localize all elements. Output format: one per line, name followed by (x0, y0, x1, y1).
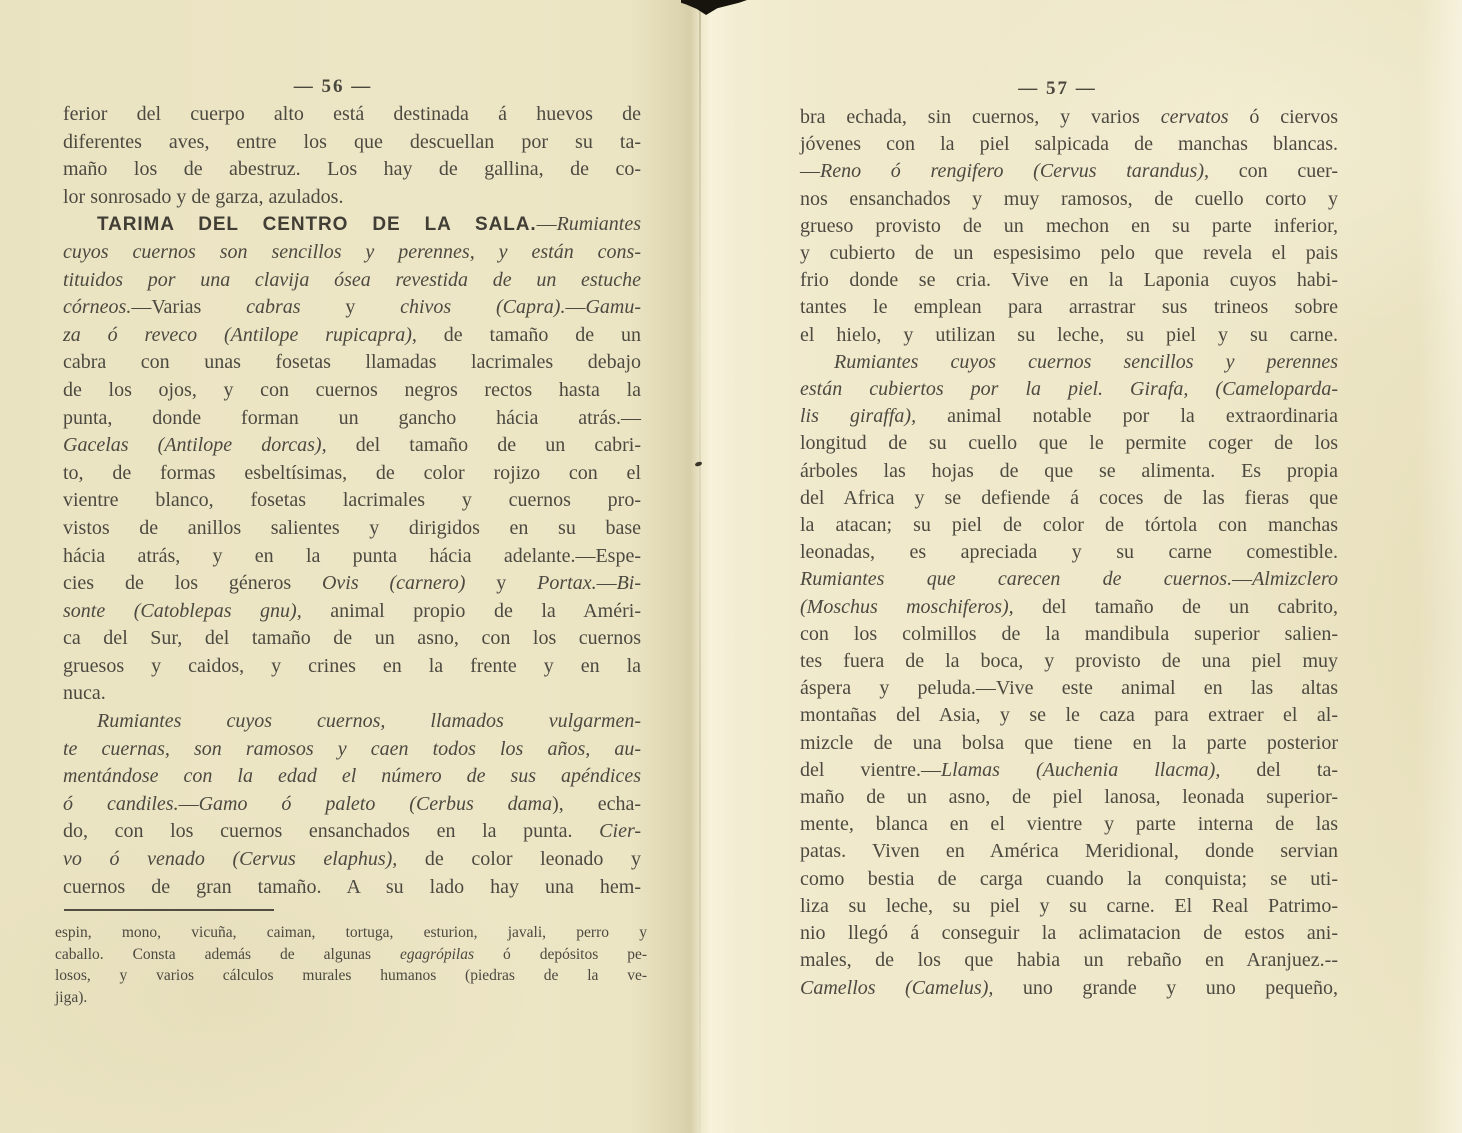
text-segment: gruesos y caidos, y crines en la frente … (63, 655, 641, 677)
text-segment: hácia atrás, y en la punta hácia adelant… (63, 545, 641, 567)
text-line: patas. Viven en América Meridional, dond… (800, 838, 1338, 865)
text-line: Rumiantes cuyos cuernos sencillos y pere… (800, 349, 1338, 376)
text-line: Camellos (Camelus), uno grande y uno peq… (800, 975, 1338, 1002)
text-segment: áspera y peluda.—Vive este animal en las… (800, 677, 1338, 699)
text-line: jóvenes con la piel salpicada de manchas… (800, 131, 1338, 158)
text-line: córneos.—Varias cabras y chivos (Capra).… (63, 294, 641, 322)
text-line: frio donde se cria. Vive en la Laponia c… (800, 267, 1338, 294)
text-line: vistos de anillos salientes y dirigidos … (63, 515, 641, 543)
text-segment: Rumiantes (557, 213, 641, 235)
text-segment: cabras (246, 296, 300, 318)
text-line: lor sonrosado y de garza, azulados. (63, 184, 641, 212)
text-segment: cuyos cuernos son sencillos y perennes, … (63, 241, 641, 263)
text-line: tes fuera de la boca, y provisto de una … (800, 648, 1338, 675)
text-line: el hielo, y utilizan su leche, su piel y… (800, 322, 1338, 349)
text-segment: como bestia de carga cuando la conquista… (800, 868, 1338, 890)
text-segment: de tamaño de un (417, 324, 641, 346)
text-segment: nio llegó á conseguir la aclimatacion de… (800, 922, 1338, 944)
text-line: árboles las hojas de que se alimenta. Es… (800, 458, 1338, 485)
text-line: ca del Sur, del tamaño de un asno, con l… (63, 625, 641, 653)
text-segment: tituidos por una clavija ósea revestida … (63, 269, 641, 291)
text-line: vientre blanco, fosetas lacrimales y cue… (63, 487, 641, 515)
text-line: tantes le emplean para arrastrar sus tri… (800, 294, 1338, 321)
text-segment: ferior del cuerpo alto está destinada á … (63, 103, 641, 125)
text-segment: del vientre.— (800, 759, 941, 781)
text-line: bra echada, sin cuernos, y varios cervat… (800, 104, 1338, 131)
page-number-right: — 57 — (800, 78, 1315, 100)
text-line: cies de los géneros Ovis (carnero) y Por… (63, 570, 641, 598)
text-line: jiga). (55, 987, 647, 1009)
text-segment: — (1232, 568, 1252, 590)
text-line: hácia atrás, y en la punta hácia adelant… (63, 543, 641, 571)
text-line: Gacelas (Antilope dorcas), del tamaño de… (63, 432, 641, 460)
text-segment: animal propio de la Améri- (302, 600, 641, 622)
text-segment: tes fuera de la boca, y provisto de una … (800, 650, 1338, 672)
text-segment: nos ensanchados y muy ramosos, de cuello… (800, 188, 1338, 210)
text-segment: TARIMA DEL CENTRO DE LA SALA. (97, 214, 537, 235)
text-line: liza su leche, su piel y su carne. El Re… (800, 893, 1338, 920)
text-segment: mizcle de una bolsa que tiene en la part… (800, 732, 1338, 754)
text-line: mente, blanca en el vientre y parte inte… (800, 811, 1338, 838)
text-segment: con los colmillos de la mandibula superi… (800, 623, 1338, 645)
text-line: cuyos cuernos son sencillos y perennes, … (63, 239, 641, 267)
text-segment: Cier- (599, 820, 641, 842)
left-page-text: ferior del cuerpo alto está destinada á … (63, 101, 641, 901)
text-segment: montañas del Asia, y se le caza para ext… (800, 704, 1338, 726)
text-line: Rumiantes que carecen de cuernos.—Almizc… (800, 566, 1338, 593)
text-line: vo ó venado (Cervus elaphus), de color l… (63, 846, 641, 874)
footnote-text: espin, mono, vicuña, caiman, tortuga, es… (55, 922, 647, 1008)
text-segment: Portax. (537, 572, 596, 594)
text-line: maño de un asno, de piel lanosa, leonada… (800, 784, 1338, 811)
text-line: del vientre.—Llamas (Auchenia llacma), d… (800, 757, 1338, 784)
text-line: sonte (Catoblepas gnu), animal propio de… (63, 598, 641, 626)
text-segment: ca del Sur, del tamaño de un asno, con l… (63, 627, 641, 649)
text-segment: to, de formas esbeltísimas, de color roj… (63, 462, 641, 484)
text-line: y cubierto de un espesisimo pelo que rev… (800, 240, 1338, 267)
text-segment: Gacelas (Antilope dorcas), (63, 434, 327, 456)
text-segment: Gamu- (585, 296, 641, 318)
text-segment: do, con los cuernos ensanchados en la pu… (63, 820, 599, 842)
text-segment: vistos de anillos salientes y dirigidos … (63, 517, 641, 539)
text-line: espin, mono, vicuña, caiman, tortuga, es… (55, 922, 647, 944)
left-page: — 56 — ferior del cuerpo alto está desti… (0, 0, 700, 1133)
text-segment: grueso provisto de un mechon en su parte… (800, 215, 1338, 237)
text-line: nio llegó á conseguir la aclimatacion de… (800, 920, 1338, 947)
text-line: —Reno ó rengifero (Cervus tarandus), con… (800, 158, 1338, 185)
text-segment: mente, blanca en el vientre y parte inte… (800, 813, 1338, 835)
text-segment: cuernos de gran tamaño. A su lado hay un… (63, 876, 641, 898)
text-line: diferentes aves, entre los que descuella… (63, 129, 641, 157)
text-segment: Almizclero (1252, 568, 1338, 590)
text-segment: lis giraffa), (800, 405, 916, 427)
text-segment: el hielo, y utilizan su leche, su piel y… (800, 324, 1338, 346)
text-segment: longitud de su cuello que le permite cog… (800, 432, 1338, 454)
text-line: cabra con unas fosetas llamadas lacrimal… (63, 349, 641, 377)
text-segment: del ta- (1220, 759, 1338, 781)
text-line: nuca. (63, 680, 641, 708)
text-segment: — (565, 296, 585, 318)
text-segment: frio donde se cria. Vive en la Laponia c… (800, 269, 1338, 291)
text-line: longitud de su cuello que le permite cog… (800, 430, 1338, 457)
text-line: caballo. Consta además de algunas egagró… (55, 944, 647, 966)
text-segment: za ó reveco (Antilope rupicapra), (63, 324, 417, 346)
text-segment: Camellos (Camelus), (800, 977, 993, 999)
page-number-left: — 56 — (63, 76, 603, 98)
text-line: Rumiantes cuyos cuernos, llamados vulgar… (63, 708, 641, 736)
text-segment: espin, mono, vicuña, caiman, tortuga, es… (55, 924, 647, 941)
text-segment: cabra con unas fosetas llamadas lacrimal… (63, 351, 641, 373)
text-line: te cuernas, son ramosos y caen todos los… (63, 736, 641, 764)
text-segment: de color leonado y (397, 848, 641, 870)
text-segment: lor sonrosado y de garza, azulados. (63, 186, 343, 208)
text-segment: ), echa- (552, 793, 641, 815)
text-segment: cies de los géneros (63, 572, 322, 594)
text-segment: — (597, 572, 617, 594)
text-line: nos ensanchados y muy ramosos, de cuello… (800, 186, 1338, 213)
text-line: ferior del cuerpo alto está destinada á … (63, 101, 641, 129)
text-segment: córneos. (63, 296, 131, 318)
text-segment: Rumiantes cuyos cuernos sencillos y pere… (834, 351, 1338, 373)
text-segment: — (537, 213, 557, 235)
text-segment: de los ojos, y con cuernos negros rectos… (63, 379, 641, 401)
text-segment: chivos (Capra). (400, 296, 565, 318)
text-line: punta, donde forman un gancho hácia atrá… (63, 405, 641, 433)
text-segment: cervatos (1161, 106, 1229, 128)
text-line: están cubiertos por la piel. Girafa, (Ca… (800, 376, 1338, 403)
text-segment: egagrópilas (400, 946, 474, 963)
text-line: mentándose con la edad el número de sus … (63, 763, 641, 791)
text-segment: maño los de abestruz. Los hay de gallina… (63, 158, 641, 180)
text-line: de los ojos, y con cuernos negros rectos… (63, 377, 641, 405)
text-segment: maño de un asno, de piel lanosa, leonada… (800, 786, 1338, 808)
footnote-rule (64, 909, 274, 911)
text-segment: punta, donde forman un gancho hácia atrá… (63, 407, 641, 429)
text-segment: (Moschus moschiferos), (800, 596, 1014, 618)
text-segment: árboles las hojas de que se alimenta. Es… (800, 460, 1338, 482)
text-segment: jóvenes con la piel salpicada de manchas… (800, 133, 1338, 155)
text-segment: Gamo ó paleto (Cerbus dama (199, 793, 553, 815)
text-line: leonadas, es apreciada y su carne comest… (800, 539, 1338, 566)
text-line: (Moschus moschiferos), del tamaño de un … (800, 594, 1338, 621)
text-segment: del tamaño de un cabrito, (1014, 596, 1338, 618)
text-line: maño los de abestruz. Los hay de gallina… (63, 156, 641, 184)
text-segment: Reno ó rengifero (Cervus tarandus), (820, 160, 1209, 182)
text-segment: con cuer- (1209, 160, 1338, 182)
text-segment: jiga). (55, 989, 87, 1006)
text-segment: bra echada, sin cuernos, y varios (800, 106, 1161, 128)
text-segment: liza su leche, su piel y su carne. El Re… (800, 895, 1338, 917)
text-line: do, con los cuernos ensanchados en la pu… (63, 818, 641, 846)
text-segment: — (179, 793, 199, 815)
text-line: cuernos de gran tamaño. A su lado hay un… (63, 874, 641, 902)
text-segment: sonte (Catoblepas gnu), (63, 600, 302, 622)
text-segment: y (465, 572, 537, 594)
text-line: ó candiles.—Gamo ó paleto (Cerbus dama),… (63, 791, 641, 819)
text-segment: y cubierto de un espesisimo pelo que rev… (800, 242, 1338, 264)
text-line: áspera y peluda.—Vive este animal en las… (800, 675, 1338, 702)
text-segment: ó candiles. (63, 793, 179, 815)
text-segment: y (301, 296, 401, 318)
text-segment: mentándose con la edad el número de sus … (63, 765, 641, 787)
text-line: del Africa y se defiende á coces de las … (800, 485, 1338, 512)
text-segment: tantes le emplean para arrastrar sus tri… (800, 296, 1338, 318)
text-segment: leonadas, es apreciada y su carne comest… (800, 541, 1338, 563)
text-segment: animal notable por la extraordinaria (916, 405, 1338, 427)
text-line: gruesos y caidos, y crines en la frente … (63, 653, 641, 681)
text-segment: del tamaño de un cabri- (327, 434, 641, 456)
text-segment: males, de los que habia un rebaño en Ara… (800, 949, 1338, 971)
text-line: tituidos por una clavija ósea revestida … (63, 267, 641, 295)
text-segment: uno grande y uno pequeño, (993, 977, 1338, 999)
text-line: grueso provisto de un mechon en su parte… (800, 213, 1338, 240)
text-segment: Bi- (617, 572, 641, 594)
text-segment: caballo. Consta además de algunas (55, 946, 400, 963)
text-line: montañas del Asia, y se le caza para ext… (800, 702, 1338, 729)
text-line: con los colmillos de la mandibula superi… (800, 621, 1338, 648)
text-segment: — (800, 160, 820, 182)
text-segment: están cubiertos por la piel. Girafa, (Ca… (800, 378, 1338, 400)
text-segment: Ovis (carnero) (322, 572, 465, 594)
text-segment: vo ó venado (Cervus elaphus), (63, 848, 397, 870)
text-line: lis giraffa), animal notable por la extr… (800, 403, 1338, 430)
text-segment: patas. Viven en América Meridional, dond… (800, 840, 1338, 862)
right-page-text: bra echada, sin cuernos, y varios cervat… (800, 104, 1338, 1002)
text-line: mizcle de una bolsa que tiene en la part… (800, 730, 1338, 757)
text-segment: diferentes aves, entre los que descuella… (63, 131, 641, 153)
text-line: za ó reveco (Antilope rupicapra), de tam… (63, 322, 641, 350)
text-line: TARIMA DEL CENTRO DE LA SALA.—Rumiantes (63, 211, 641, 239)
text-segment: —Varias (131, 296, 246, 318)
text-line: males, de los que habia un rebaño en Ara… (800, 947, 1338, 974)
text-segment: nuca. (63, 682, 106, 704)
text-segment: la atacan; su piel de color de tórtola c… (800, 514, 1338, 536)
text-segment: vientre blanco, fosetas lacrimales y cue… (63, 489, 641, 511)
text-segment: te cuernas, son ramosos y caen todos los… (63, 738, 641, 760)
text-segment: Rumiantes que carecen de cuernos. (800, 568, 1232, 590)
book-scan: — 56 — ferior del cuerpo alto está desti… (0, 0, 1462, 1133)
text-line: la atacan; su piel de color de tórtola c… (800, 512, 1338, 539)
right-page: — 57 — bra echada, sin cuernos, y varios… (700, 0, 1462, 1133)
text-segment: del Africa y se defiende á coces de las … (800, 487, 1338, 509)
text-line: to, de formas esbeltísimas, de color roj… (63, 460, 641, 488)
text-segment: ó ciervos (1228, 106, 1338, 128)
text-line: losos, y varios cálculos murales humanos… (55, 965, 647, 987)
text-segment: Rumiantes cuyos cuernos, llamados vulgar… (97, 710, 641, 732)
text-line: como bestia de carga cuando la conquista… (800, 866, 1338, 893)
text-segment: Llamas (Auchenia llacma), (941, 759, 1220, 781)
text-segment: losos, y varios cálculos murales humanos… (55, 967, 647, 984)
text-segment: ó depósitos pe- (474, 946, 647, 963)
